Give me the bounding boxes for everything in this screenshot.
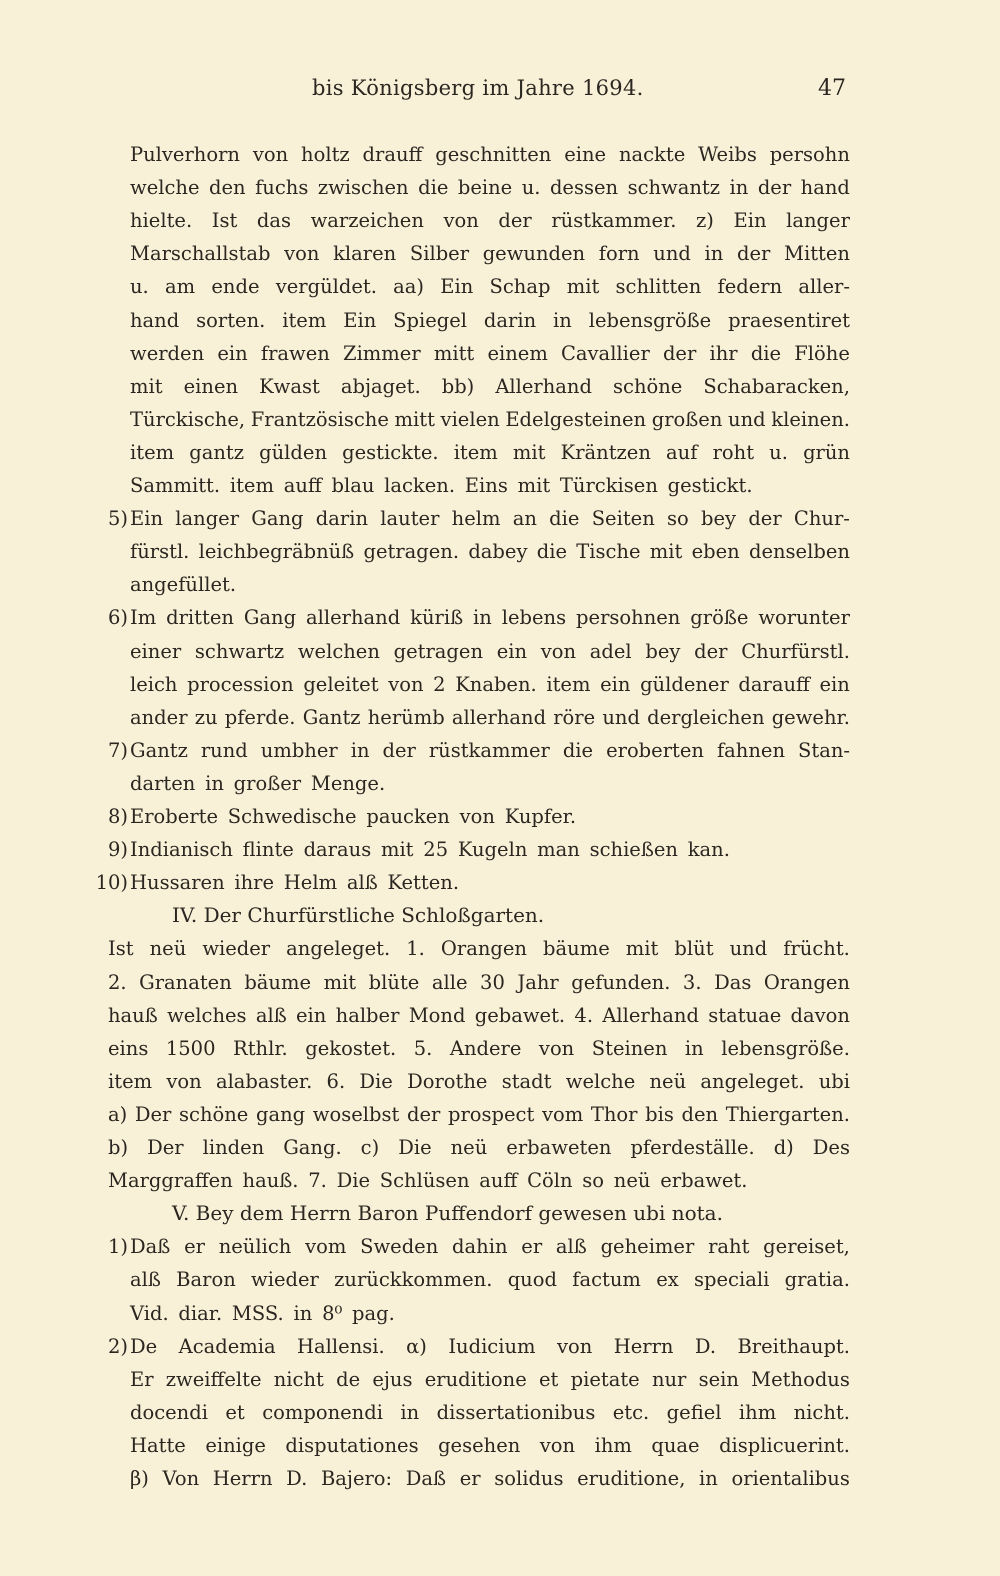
word: ihr <box>710 337 738 370</box>
word: von <box>540 1429 575 1462</box>
text-line: angefüllet. <box>130 568 850 601</box>
word: stadt <box>502 1065 552 1098</box>
word: mit <box>518 469 551 502</box>
word: Kupfer. <box>505 800 576 833</box>
text-line: Erzweiffeltenichtdeejuseruditioneetpieta… <box>130 1363 850 1396</box>
word: pferde. <box>225 701 296 734</box>
word: raht <box>708 1230 749 1263</box>
word: hand <box>130 304 179 337</box>
word: leich <box>130 668 178 701</box>
word: D. <box>286 1462 307 1495</box>
word: frawen <box>261 337 330 370</box>
word: Tische <box>576 535 640 568</box>
word: 3. <box>683 966 702 999</box>
text-line: DeAcademiaHallensi.α)IudiciumvonHerrnD.B… <box>130 1330 850 1363</box>
word: gestickt. <box>668 469 753 502</box>
word: und <box>653 237 691 270</box>
word: am <box>165 270 195 303</box>
page-number: 47 <box>818 76 846 101</box>
word: Orangen <box>764 966 850 999</box>
word: die <box>563 734 593 767</box>
word: der <box>748 502 781 535</box>
word: großer <box>234 767 301 800</box>
word: Von <box>163 1462 200 1495</box>
word: 8⁰ <box>322 1297 342 1330</box>
word: neülich <box>219 1230 292 1263</box>
word: ihre <box>234 866 274 899</box>
word: von <box>166 1065 201 1098</box>
word: auff <box>479 1164 517 1197</box>
word: den <box>682 1098 719 1131</box>
word: item <box>130 436 174 469</box>
word: darin <box>316 502 368 535</box>
word: Kwast <box>259 370 320 403</box>
word: neü <box>451 1131 488 1164</box>
word: Andere <box>450 1032 522 1065</box>
word: gefunden. <box>571 966 670 999</box>
word: u. <box>130 270 149 303</box>
word: nackte <box>619 138 685 171</box>
word: leichbegräbnüß <box>199 535 355 568</box>
word: mit <box>381 833 414 866</box>
word: welches <box>167 999 247 1032</box>
word: erbaweten <box>506 1131 611 1164</box>
word: ander <box>130 701 188 734</box>
word: von <box>443 204 478 237</box>
word: eben <box>692 535 740 568</box>
word: Allerhand <box>602 999 699 1032</box>
word: Dorothe <box>407 1065 487 1098</box>
text-line: miteinenKwastabjaget.bb)AllerhandschöneS… <box>130 370 850 403</box>
word: güldener <box>640 668 729 701</box>
text-line: Gantzrundumbherinderrüstkammerdieerobert… <box>130 734 850 767</box>
word: D. <box>695 1330 716 1363</box>
word: persohn <box>770 138 850 171</box>
word: von <box>388 668 423 701</box>
word: gefiel <box>667 1396 722 1429</box>
word: Kugeln <box>458 833 528 866</box>
text-line: EinlangerGangdarinlauterhelmandieSeitens… <box>130 502 850 535</box>
word: beine <box>458 171 512 204</box>
word: rund <box>201 734 248 767</box>
word: eins <box>108 1032 148 1065</box>
word: bäume <box>543 932 610 965</box>
word: er <box>460 1462 481 1495</box>
word: darten <box>130 767 195 800</box>
word: getragen <box>394 635 483 668</box>
word: Marggraffen <box>108 1164 233 1197</box>
word: factum <box>572 1263 641 1296</box>
word: welche <box>130 171 200 204</box>
text-line: alßBaronwiederzurückkommen.quodfactumexs… <box>130 1263 850 1296</box>
word: schießen <box>590 833 678 866</box>
word: sorten. <box>196 304 265 337</box>
word: rüstkammer. <box>551 204 676 237</box>
word: dissertationibus <box>437 1396 596 1429</box>
text-line: Vid.diar.MSS.in8⁰pag. <box>130 1297 850 1330</box>
word: in <box>699 1462 718 1495</box>
word: er <box>521 1230 542 1263</box>
word: mit <box>130 370 163 403</box>
word: Ein <box>130 502 163 535</box>
text-line: itemvonalabaster.6.DieDorothestadtwelche… <box>108 1065 850 1098</box>
word: alß <box>130 1263 161 1296</box>
word: schwartz <box>195 635 284 668</box>
word: vielen <box>441 403 500 436</box>
word: Thiergarten. <box>726 1098 850 1131</box>
word: 4. <box>574 999 593 1032</box>
word: Chur- <box>794 502 850 535</box>
word: Des <box>813 1131 850 1164</box>
word: in <box>473 601 492 634</box>
word: neü <box>150 932 187 965</box>
word: von <box>539 1032 574 1065</box>
word: item <box>230 469 274 502</box>
word: vergüldet. <box>276 270 377 303</box>
word: bey <box>701 502 736 535</box>
word: mit <box>324 966 357 999</box>
word: fahnen <box>717 734 785 767</box>
word: gewehr. <box>772 701 850 734</box>
word: ein <box>497 635 527 668</box>
word: β) <box>130 1462 149 1495</box>
word: daraus <box>304 833 372 866</box>
word: Cöln <box>527 1164 572 1197</box>
word: angeleget. <box>700 1065 804 1098</box>
word: und <box>728 403 766 436</box>
word: werden <box>130 337 204 370</box>
text-line: welchedenfuchszwischendiebeineu.dessensc… <box>130 171 850 204</box>
word: Ist <box>108 932 134 965</box>
word: lauter <box>380 502 439 535</box>
word: erbawet. <box>660 1164 747 1197</box>
word: pietate <box>571 1363 640 1396</box>
word: angeleget. <box>286 932 390 965</box>
word: 25 <box>423 833 448 866</box>
word: blüt <box>674 932 713 965</box>
word: Sweden <box>360 1230 438 1263</box>
word: Menge. <box>311 767 385 800</box>
word: die <box>418 171 448 204</box>
word: z) <box>696 204 714 237</box>
text-line: werdeneinfrawenZimmermitteinemCavallierd… <box>130 337 850 370</box>
word: quae <box>651 1429 699 1462</box>
word: Herrn <box>614 1330 674 1363</box>
word: halber <box>336 999 400 1032</box>
word: dergleichen <box>647 701 764 734</box>
word: speciali <box>694 1263 769 1296</box>
word: Ein <box>440 270 473 303</box>
word: kan. <box>688 833 730 866</box>
word: bis <box>645 1098 674 1131</box>
word: Edelgesteinen <box>505 403 646 436</box>
word: Allerhand <box>495 370 592 403</box>
item-number: 8) <box>80 800 128 833</box>
word: eruditione, <box>577 1462 685 1495</box>
word: wieder <box>202 932 270 965</box>
item-number: 1) <box>80 1230 128 1263</box>
word: u. <box>522 171 541 204</box>
word: statuae <box>708 999 781 1032</box>
word: federn <box>718 270 783 303</box>
word: von <box>541 635 576 668</box>
word: vom <box>542 1098 583 1131</box>
word: schöne <box>613 370 682 403</box>
word: sein <box>699 1363 739 1396</box>
word: u. <box>769 436 788 469</box>
word: item <box>546 668 590 701</box>
word: helm <box>452 502 501 535</box>
word: dritten <box>166 601 234 634</box>
word: ihm <box>739 1396 776 1429</box>
word: eine <box>564 138 606 171</box>
word: Die <box>398 1131 431 1164</box>
word: an <box>513 502 537 535</box>
word: Schap <box>490 270 551 303</box>
word: Daß <box>130 1230 170 1263</box>
text-line: Marggraffenhauß.7.DieSchlüsenauffCölnson… <box>108 1164 850 1197</box>
word: ein <box>600 668 630 701</box>
word: et <box>225 1396 244 1429</box>
word: einem <box>487 337 547 370</box>
word: ejus <box>372 1363 412 1396</box>
word: Im <box>130 601 156 634</box>
word: Die <box>337 1164 370 1197</box>
word: rüstkammer <box>429 734 550 767</box>
word: einen <box>184 370 238 403</box>
word: Zimmer <box>343 337 421 370</box>
word: Orangen <box>441 932 527 965</box>
word: fürstl. <box>130 535 189 568</box>
word: denselben <box>749 535 850 568</box>
word: zweiffelte <box>166 1363 262 1396</box>
word: linden <box>203 1131 265 1164</box>
word: klaren <box>333 237 396 270</box>
text-line: u.amendevergüldet.aa)EinSchapmitschlitte… <box>130 270 850 303</box>
word: röre <box>553 701 595 734</box>
word: Hatte <box>130 1429 186 1462</box>
text-line: MarschallstabvonklarenSilbergewundenforn… <box>130 237 850 270</box>
word: Frantzösische <box>251 403 389 436</box>
word: blüte <box>369 966 420 999</box>
word: ubi <box>819 1065 850 1098</box>
word: die <box>751 337 781 370</box>
word: hauß. <box>243 1164 299 1197</box>
word: Ketten. <box>387 866 459 899</box>
word: ex <box>656 1263 679 1296</box>
word: fuchs <box>255 171 308 204</box>
word: in <box>705 237 724 270</box>
word: küriß <box>410 601 463 634</box>
text-line: darteningroßerMenge. <box>130 767 850 800</box>
word: eruditione <box>425 1363 527 1396</box>
word: pag. <box>352 1297 395 1330</box>
word: roht <box>713 436 754 469</box>
word: Hallensi. <box>297 1330 385 1363</box>
item-number: 10) <box>80 866 128 899</box>
word: quod <box>508 1263 557 1296</box>
word: darin <box>484 304 536 337</box>
word: Seiten <box>592 502 655 535</box>
word: von <box>284 237 319 270</box>
word: nicht <box>274 1363 324 1396</box>
word: von <box>253 138 288 171</box>
word: Steinen <box>592 1032 668 1065</box>
word: 5. <box>414 1032 433 1065</box>
word: drauff <box>363 138 423 171</box>
running-title: bis Königsberg im Jahre 1694. <box>312 76 644 100</box>
word: woselbst <box>313 1098 400 1131</box>
word: geheimer <box>601 1230 695 1263</box>
word: der <box>407 1098 440 1131</box>
word: gesehen <box>438 1429 520 1462</box>
word: alß <box>347 866 378 899</box>
word: zurückkommen. <box>334 1263 492 1296</box>
word: in <box>400 1396 419 1429</box>
word: angefüllet. <box>130 568 236 601</box>
word: so <box>667 502 689 535</box>
text-line: ImdrittenGangallerhandkürißinlebensperso… <box>130 601 850 634</box>
word: Mitten <box>784 237 850 270</box>
word: Er <box>130 1363 154 1396</box>
word: das <box>257 204 291 237</box>
word: Herrn <box>213 1462 273 1495</box>
word: davon <box>791 999 850 1032</box>
word: pferdeställe. <box>630 1131 754 1164</box>
word: mit <box>626 932 659 965</box>
word: wieder <box>251 1263 319 1296</box>
word: schöne <box>179 1098 248 1131</box>
word: alß <box>556 1230 587 1263</box>
word: b) <box>108 1131 128 1164</box>
word: größe <box>690 601 748 634</box>
word: Hussaren <box>130 866 225 899</box>
word: mitt <box>395 403 435 436</box>
word: ein <box>217 337 247 370</box>
word: Daß <box>406 1462 446 1495</box>
word: gereiset, <box>763 1230 850 1263</box>
word: in <box>685 1032 704 1065</box>
text-line: b)DerlindenGang.c)Dieneüerbawetenpferdes… <box>108 1131 850 1164</box>
text-line: einerschwartzwelchengetrageneinvonadelbe… <box>130 635 850 668</box>
word: dahin <box>452 1230 507 1263</box>
word: procession <box>187 668 294 701</box>
word: langer <box>786 204 850 237</box>
word: getragen. <box>363 535 459 568</box>
word: Methodus <box>751 1363 850 1396</box>
word: einige <box>205 1429 266 1462</box>
word: Stan- <box>798 734 850 767</box>
word: auf <box>666 436 697 469</box>
word: Indianisch <box>130 833 233 866</box>
word: persohnen <box>576 601 680 634</box>
word: Mond <box>409 999 466 1032</box>
word: Kräntzen <box>561 436 651 469</box>
word: displicuerint. <box>719 1429 850 1462</box>
word: ihm <box>595 1429 632 1462</box>
text-line: anderzupferde.Gantzherümballerhandröreun… <box>130 701 850 734</box>
word: in <box>351 734 370 767</box>
word: a) <box>108 1098 127 1131</box>
word: Ein <box>343 304 376 337</box>
word: lebensgröße. <box>721 1032 850 1065</box>
section-heading: IV. Der Churfürstliche Schloßgarten. <box>172 899 544 932</box>
word: 2. <box>108 966 127 999</box>
word: aller- <box>798 270 850 303</box>
word: umbher <box>261 734 338 767</box>
word: d) <box>774 1131 794 1164</box>
word: nur <box>652 1363 686 1396</box>
text-line: Istneüwiederangeleget.1.Orangenbäumemitb… <box>108 932 850 965</box>
word: eroberten <box>606 734 704 767</box>
word: gang <box>256 1098 305 1131</box>
text-line: itemgantzgüldengestickte.itemmitKräntzen… <box>130 436 850 469</box>
word: allerhand <box>452 701 546 734</box>
word: De <box>130 1330 157 1363</box>
word: Schwedische <box>228 800 357 833</box>
word: ende <box>211 270 259 303</box>
word: flinte <box>243 833 294 866</box>
word: hauß <box>108 999 158 1032</box>
text-line: DaßerneülichvomSwedendahineralßgeheimerr… <box>130 1230 850 1263</box>
word: warzeichen <box>311 204 424 237</box>
word: item <box>108 1065 152 1098</box>
word: in <box>730 171 749 204</box>
word: Das <box>714 966 751 999</box>
word: geleitet <box>303 668 378 701</box>
word: adel <box>590 635 632 668</box>
word: herümb <box>368 701 445 734</box>
word: diar. <box>178 1297 222 1330</box>
word: die <box>549 502 579 535</box>
word: de <box>336 1363 360 1396</box>
word: Der <box>135 1098 172 1131</box>
word: disputationes <box>285 1429 418 1462</box>
word: Ein <box>734 204 767 237</box>
word: Flöhe <box>794 337 850 370</box>
word: Jahr <box>517 966 558 999</box>
text-line: 2.Granatenbäumemitblütealle30Jahrgefunde… <box>108 966 850 999</box>
word: Churfürstl. <box>741 635 850 668</box>
word: gebawet. <box>475 999 565 1032</box>
word: auff <box>284 469 322 502</box>
word: mit <box>650 535 683 568</box>
word: dessen <box>550 171 618 204</box>
word: gratia. <box>785 1263 850 1296</box>
word: alle <box>432 966 468 999</box>
word: neü <box>614 1164 651 1197</box>
word: der <box>737 237 770 270</box>
word: Bajero: <box>321 1462 392 1495</box>
word: zwischen <box>318 171 409 204</box>
word: der <box>382 734 415 767</box>
word: der <box>758 171 791 204</box>
word: Gang <box>244 601 296 634</box>
word: Gantz <box>130 734 188 767</box>
word: so <box>582 1164 604 1197</box>
text-line: haußwelchesalßeinhalberMondgebawet.4.All… <box>108 999 850 1032</box>
text-line: eins1500Rthlr.gekostet.5.AnderevonSteine… <box>108 1032 850 1065</box>
word: der <box>663 337 696 370</box>
item-number: 9) <box>80 833 128 866</box>
word: gekostet. <box>305 1032 396 1065</box>
item-number: 5) <box>80 502 128 535</box>
word: item <box>282 304 326 337</box>
word: etc. <box>613 1396 650 1429</box>
word: mit <box>567 270 600 303</box>
word: abjaget. <box>341 370 421 403</box>
word: von <box>460 800 495 833</box>
